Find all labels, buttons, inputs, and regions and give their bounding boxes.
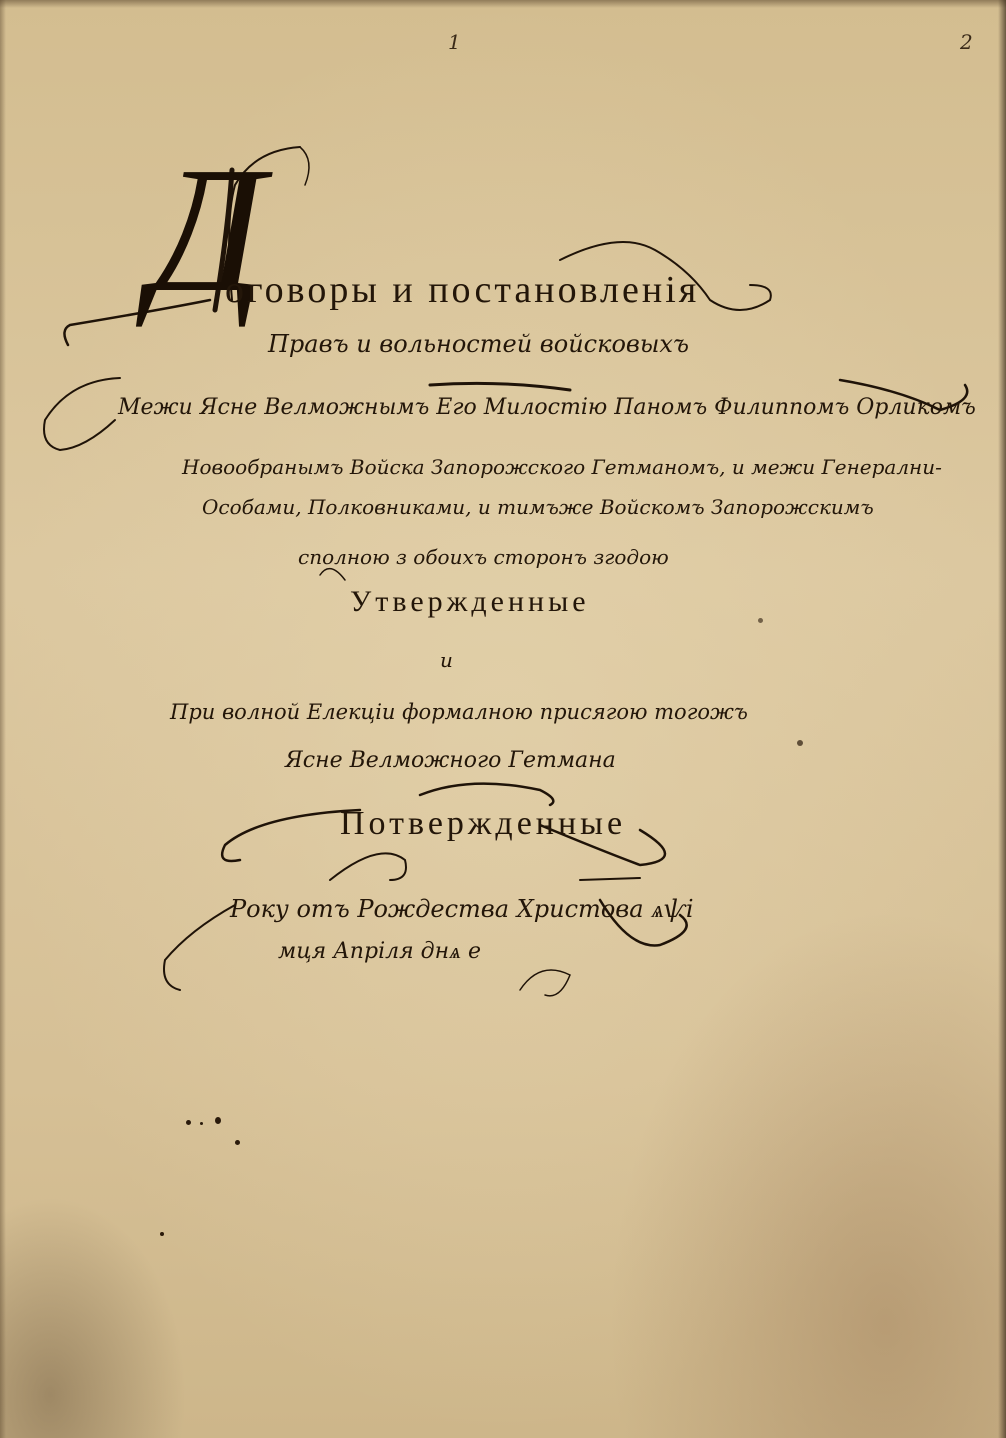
ink-spot (215, 1117, 221, 1124)
folio-mark-center: 1 (448, 30, 461, 54)
body-line-1: Межи Ясне Велможнымъ Его Милостію Паномъ… (118, 395, 976, 420)
title-subheading: Правъ и вольностей войсковыхъ (268, 330, 689, 358)
body-line-5: При волной Елекціи формалною присягою то… (170, 700, 748, 724)
ink-spot (797, 740, 803, 746)
manuscript-page: 1 2 Д ог (0, 0, 1006, 1438)
body-line-2: Новообранымъ Войска Запорожского Гетмано… (182, 455, 942, 479)
title-heading: оговоры и постановленія (225, 268, 699, 312)
folio-mark-right: 2 (960, 30, 973, 54)
ink-spot (160, 1232, 164, 1236)
page-edge-shadow-top (0, 0, 1006, 8)
body-line-4: сполною з обоихъ сторонъ згодою (298, 545, 669, 569)
approved-heading: Утвержденные (350, 585, 590, 619)
body-line-6: Ясне Велможного Гетмана (285, 748, 616, 773)
conjunction-line: и (440, 648, 453, 672)
confirmed-heading: Потвержденные (340, 805, 626, 843)
year-line: Року отъ Рождества Христова ѧѱі (230, 895, 694, 924)
ink-spot (758, 618, 763, 623)
page-edge-shadow-left (0, 0, 6, 1438)
ink-spot (235, 1140, 240, 1145)
ink-spot (186, 1120, 191, 1125)
body-line-3: Особами, Полковниками, и тимъже Войскомъ… (202, 495, 874, 519)
ink-spot (200, 1122, 203, 1125)
date-line: мця Апріля днѧ е (278, 938, 481, 964)
page-edge-shadow-right (998, 0, 1006, 1438)
